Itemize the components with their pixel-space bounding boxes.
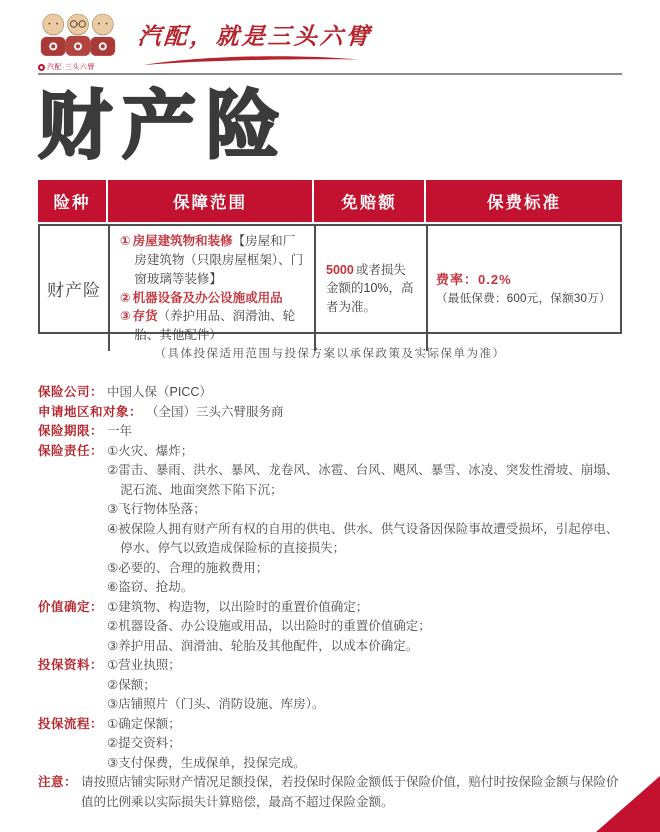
detail-line: ②保额； xyxy=(107,676,622,696)
header-deductible: 免赔额 xyxy=(312,180,424,222)
detail-line: 中国人保（PICC） xyxy=(107,383,622,403)
header-insurance-type: 险种 xyxy=(38,180,106,222)
detail-row-notice: 注意： 请按照店铺实际财产情况足额投保，若投保时保险金额低于保险价值，赔付时按保… xyxy=(38,773,622,812)
detail-label: 保险期限： xyxy=(38,422,103,442)
detail-label: 保险公司： xyxy=(38,383,103,403)
cell-coverage: ①房屋建筑物和装修【房屋和厂房建筑物（只限房屋框架）、门窗玻璃等装修】 ②机器设… xyxy=(108,226,314,351)
detail-content: ①火灾、爆炸； ②雷击、暴雨、洪水、暴风、龙卷风、冰雹、台风、飓风、暴雪、冰凌、… xyxy=(107,442,622,598)
detail-content: 一年 xyxy=(107,422,622,442)
detail-line: ②雷击、暴雨、洪水、暴风、龙卷风、冰雹、台风、飓风、暴雪、冰凌、突发性滑坡、崩塌… xyxy=(107,461,622,500)
item-number: ③ xyxy=(120,309,131,323)
slogan-block: 汽配，就是三头六臂 xyxy=(138,12,372,67)
detail-line: ①建筑物、构造物，以出险时的重置价值确定； xyxy=(107,598,622,618)
detail-line: ①确定保额； xyxy=(107,715,622,735)
detail-line: ②机器设备、办公设施或用品，以出险时的重置价值确定； xyxy=(107,617,622,637)
item-number: ② xyxy=(120,291,131,305)
detail-line: ⑤必要的、合理的施救费用； xyxy=(107,559,622,579)
detail-line: 一年 xyxy=(107,422,622,442)
item-number: ① xyxy=(120,234,131,248)
detail-label: 申请地区和对象： xyxy=(38,403,142,423)
detail-label: 投保资料： xyxy=(38,656,103,715)
detail-label: 投保流程： xyxy=(38,715,103,774)
detail-row-period: 保险期限： 一年 xyxy=(38,422,622,442)
item-rest-text: （养护用品、润滑油、轮胎、其他配件） xyxy=(134,309,295,342)
detail-label: 价值确定： xyxy=(38,598,103,657)
detail-line: ③养护用品、润滑油、轮胎及其他配件，以成本价确定。 xyxy=(107,637,622,657)
coverage-item: ③存货（养护用品、润滑油、轮胎、其他配件） xyxy=(120,307,306,345)
detail-content: ①建筑物、构造物，以出险时的重置价值确定； ②机器设备、办公设施或用品，以出险时… xyxy=(107,598,622,657)
table-body-row: 财产险 ①房屋建筑物和装修【房屋和厂房建筑物（只限房屋框架）、门窗玻璃等装修】 … xyxy=(38,224,622,334)
header: 汽配·三头六臂 汽配，就是三头六臂 xyxy=(38,0,622,64)
detail-row-liability: 保险责任： ①火灾、爆炸； ②雷击、暴雨、洪水、暴风、龙卷风、冰雹、台风、飓风、… xyxy=(38,442,622,598)
detail-row-valuation: 价值确定： ①建筑物、构造物，以出险时的重置价值确定； ②机器设备、办公设施或用… xyxy=(38,598,622,657)
coverage-item: ①房屋建筑物和装修【房屋和厂房建筑物（只限房屋框架）、门窗玻璃等装修】 xyxy=(120,232,306,288)
cell-insurance-type: 财产险 xyxy=(40,226,108,351)
swoosh-underline-icon xyxy=(142,53,360,67)
cell-deductible: 5000或者损失金额的10%，高者为准。 xyxy=(314,226,426,351)
detail-line: ③支付保费，生成保单，投保完成。 xyxy=(107,754,622,774)
brand-logo: 汽配·三头六臂 xyxy=(38,12,122,72)
premium-rate: 费率：0.2% xyxy=(436,270,612,290)
detail-row-process: 投保流程： ①确定保额； ②提交资料； ③支付保费，生成保单，投保完成。 xyxy=(38,715,622,774)
insurance-table: 险种 保障范围 免赔额 保费标准 财产险 ①房屋建筑物和装修【房屋和厂房建筑物（… xyxy=(38,180,622,334)
detail-content: 请按照店铺实际财产情况足额投保，若投保时保险金额低于保险价值，赔付时按保险金额与… xyxy=(81,773,622,812)
premium-detail: （最低保费：600元，保额30万） xyxy=(436,290,612,308)
detail-row-materials: 投保资料： ①营业执照； ②保额； ③店铺照片（门头、消防设施、库房）。 xyxy=(38,656,622,715)
detail-line: ⑥盗窃、抢劫。 xyxy=(107,578,622,598)
deductible-text: 5000或者损失金额的10%，高者为准。 xyxy=(326,261,416,317)
item-strong-text: 房屋建筑物和装修 xyxy=(133,234,233,248)
logo-caption: 汽配·三头六臂 xyxy=(38,62,122,72)
page-title: 财产险 xyxy=(38,85,622,166)
deductible-amount: 5000 xyxy=(326,263,354,277)
detail-line: ①营业执照； xyxy=(107,656,622,676)
item-strong-text: 存货 xyxy=(133,309,158,323)
detail-label: 保险责任： xyxy=(38,442,103,598)
page: 汽配·三头六臂 汽配，就是三头六臂 财产险 险种 保障范围 免赔额 保费标准 财… xyxy=(0,0,660,832)
detail-content: ①确定保额； ②提交资料； ③支付保费，生成保单，投保完成。 xyxy=(107,715,622,774)
detail-row-region: 申请地区和对象： （全国）三头六臂服务商 xyxy=(38,403,622,423)
coverage-item: ②机器设备及办公设施或用品 xyxy=(120,289,306,308)
cell-premium: 费率：0.2% （最低保费：600元，保额30万） xyxy=(426,226,620,351)
item-strong-text: 机器设备及办公设施或用品 xyxy=(133,291,283,305)
slogan-text: 汽配，就是三头六臂 xyxy=(137,18,373,51)
header-divider xyxy=(38,73,622,75)
header-coverage: 保障范围 xyxy=(106,180,312,222)
ring-icon xyxy=(38,64,45,71)
detail-label: 注意： xyxy=(38,773,77,812)
detail-line: ③飞行物体坠落； xyxy=(107,500,622,520)
table-header-row: 险种 保障范围 免赔额 保费标准 xyxy=(38,180,622,222)
brand-caption-text: 汽配·三头六臂 xyxy=(47,62,95,72)
detail-content: ①营业执照； ②保额； ③店铺照片（门头、消防设施、库房）。 xyxy=(107,656,622,715)
detail-line: ①火灾、爆炸； xyxy=(107,442,622,462)
detail-line: ④被保险人拥有财产所有权的自用的供电、供水、供气设备因保险事故遭受损坏，引起停电… xyxy=(107,520,622,559)
header-premium: 保费标准 xyxy=(424,180,622,222)
detail-line: ②提交资料； xyxy=(107,734,622,754)
corner-triangle xyxy=(596,776,660,832)
detail-line: 请按照店铺实际财产情况足额投保，若投保时保险金额低于保险价值，赔付时按保险金额与… xyxy=(81,773,622,812)
three-figures-logo-icon xyxy=(38,12,118,56)
detail-content: （全国）三头六臂服务商 xyxy=(146,403,622,423)
detail-content: 中国人保（PICC） xyxy=(107,383,622,403)
detail-line: （全国）三头六臂服务商 xyxy=(146,403,622,423)
details-section: 保险公司： 中国人保（PICC） 申请地区和对象： （全国）三头六臂服务商 保险… xyxy=(38,383,622,812)
detail-line: ③店铺照片（门头、消防设施、库房）。 xyxy=(107,695,622,715)
detail-row-company: 保险公司： 中国人保（PICC） xyxy=(38,383,622,403)
